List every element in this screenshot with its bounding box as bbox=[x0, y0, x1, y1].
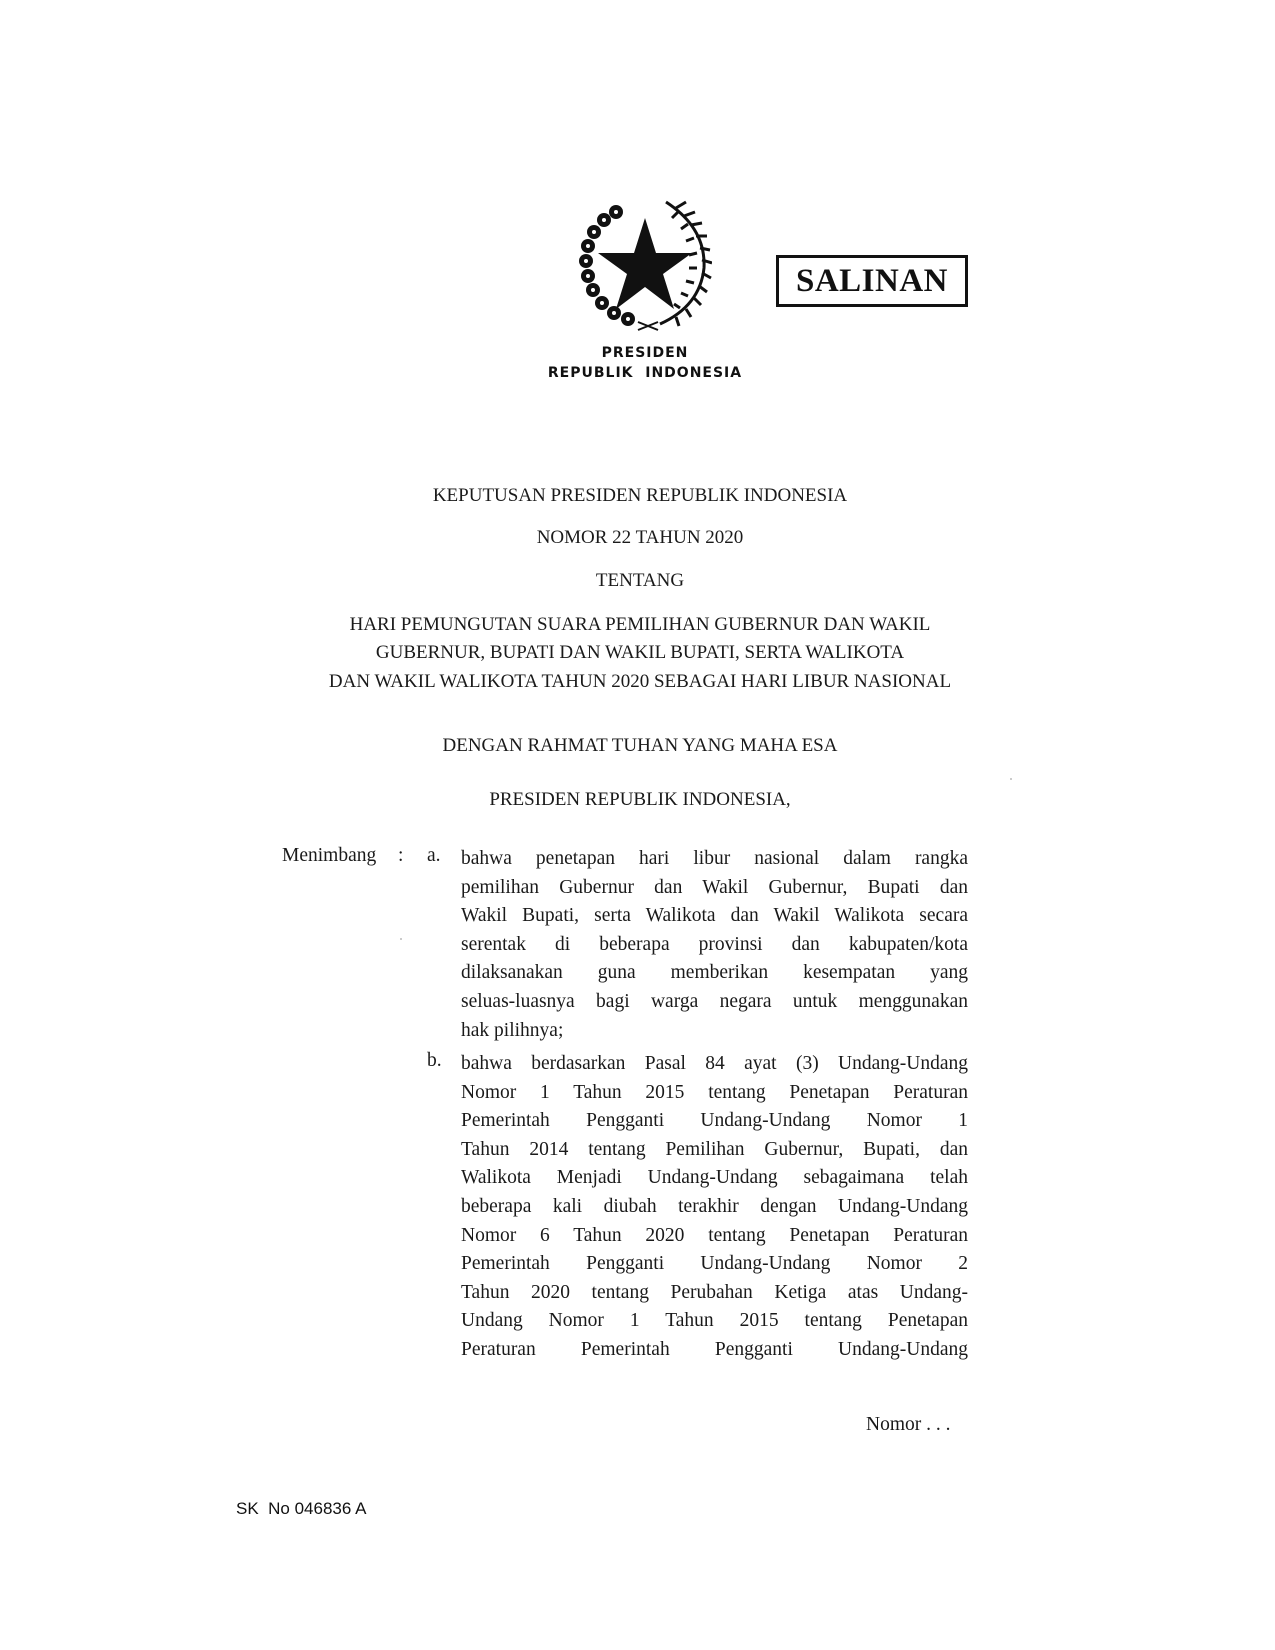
item-b-line: Walikota Menjadi Undang-Undang sebagaima… bbox=[461, 1164, 968, 1193]
scan-speck bbox=[1010, 778, 1012, 780]
item-b-text: bahwa berdasarkan Pasal 84 ayat (3) Unda… bbox=[461, 1050, 968, 1365]
item-a-line: seluas-luasnya bagi warga negara untuk m… bbox=[461, 988, 968, 1017]
subject-line-2: GUBERNUR, BUPATI DAN WAKIL BUPATI, SERTA… bbox=[240, 642, 1040, 664]
item-b-line: bahwa berdasarkan Pasal 84 ayat (3) Unda… bbox=[461, 1050, 968, 1079]
item-a-line: hak pilihnya; bbox=[461, 1017, 968, 1046]
subject-line-1: HARI PEMUNGUTAN SUARA PEMILIHAN GUBERNUR… bbox=[240, 614, 1040, 636]
issuer-line-1: PRESIDEN bbox=[500, 345, 790, 361]
item-b-marker: b. bbox=[427, 1050, 442, 1072]
item-b-line: Pemerintah Pengganti Undang-Undang Nomor… bbox=[461, 1250, 968, 1279]
item-b-line: Nomor 1 Tahun 2015 tentang Penetapan Per… bbox=[461, 1079, 968, 1108]
scan-speck bbox=[400, 938, 402, 940]
invocation: DENGAN RAHMAT TUHAN YANG MAHA ESA bbox=[240, 735, 1040, 757]
item-a-line: Wakil Bupati, serta Walikota dan Wakil W… bbox=[461, 902, 968, 931]
item-b-line: Peraturan Pemerintah Pengganti Undang-Un… bbox=[461, 1336, 968, 1365]
presidential-emblem-icon bbox=[578, 198, 712, 332]
about-heading: TENTANG bbox=[240, 570, 1040, 592]
subject-line-3: DAN WAKIL WALIKOTA TAHUN 2020 SEBAGAI HA… bbox=[240, 671, 1040, 693]
serial-number: SK No 046836 A bbox=[236, 1499, 366, 1519]
considerations-separator: : bbox=[398, 845, 403, 867]
item-b-line: Tahun 2014 tentang Pemilihan Gubernur, B… bbox=[461, 1136, 968, 1165]
item-b-line: Nomor 6 Tahun 2020 tentang Penetapan Per… bbox=[461, 1222, 968, 1251]
considerations-label: Menimbang bbox=[282, 845, 376, 867]
item-b-line: Undang Nomor 1 Tahun 2015 tentang Peneta… bbox=[461, 1307, 968, 1336]
authority: PRESIDEN REPUBLIK INDONESIA, bbox=[240, 789, 1040, 811]
item-a-line: bahwa penetapan hari libur nasional dala… bbox=[461, 845, 968, 874]
continuation-marker: Nomor . . . bbox=[866, 1414, 951, 1436]
issuer-line-2: REPUBLIK INDONESIA bbox=[500, 365, 790, 381]
item-b-line: Pemerintah Pengganti Undang-Undang Nomor… bbox=[461, 1107, 968, 1136]
item-a-marker: a. bbox=[427, 845, 441, 867]
item-a-line: pemilihan Gubernur dan Wakil Gubernur, B… bbox=[461, 874, 968, 903]
item-a-text: bahwa penetapan hari libur nasional dala… bbox=[461, 845, 968, 1045]
item-b-line: Tahun 2020 tentang Perubahan Ketiga atas… bbox=[461, 1279, 968, 1308]
item-b-line: beberapa kali diubah terakhir dengan Und… bbox=[461, 1193, 968, 1222]
item-a-line: serentak di beberapa provinsi dan kabupa… bbox=[461, 931, 968, 960]
decree-number: NOMOR 22 TAHUN 2020 bbox=[240, 527, 1040, 549]
item-a-line: dilaksanakan guna memberikan kesempatan … bbox=[461, 959, 968, 988]
decree-title: KEPUTUSAN PRESIDEN REPUBLIK INDONESIA bbox=[240, 485, 1040, 507]
salinan-stamp: SALINAN bbox=[776, 255, 968, 307]
